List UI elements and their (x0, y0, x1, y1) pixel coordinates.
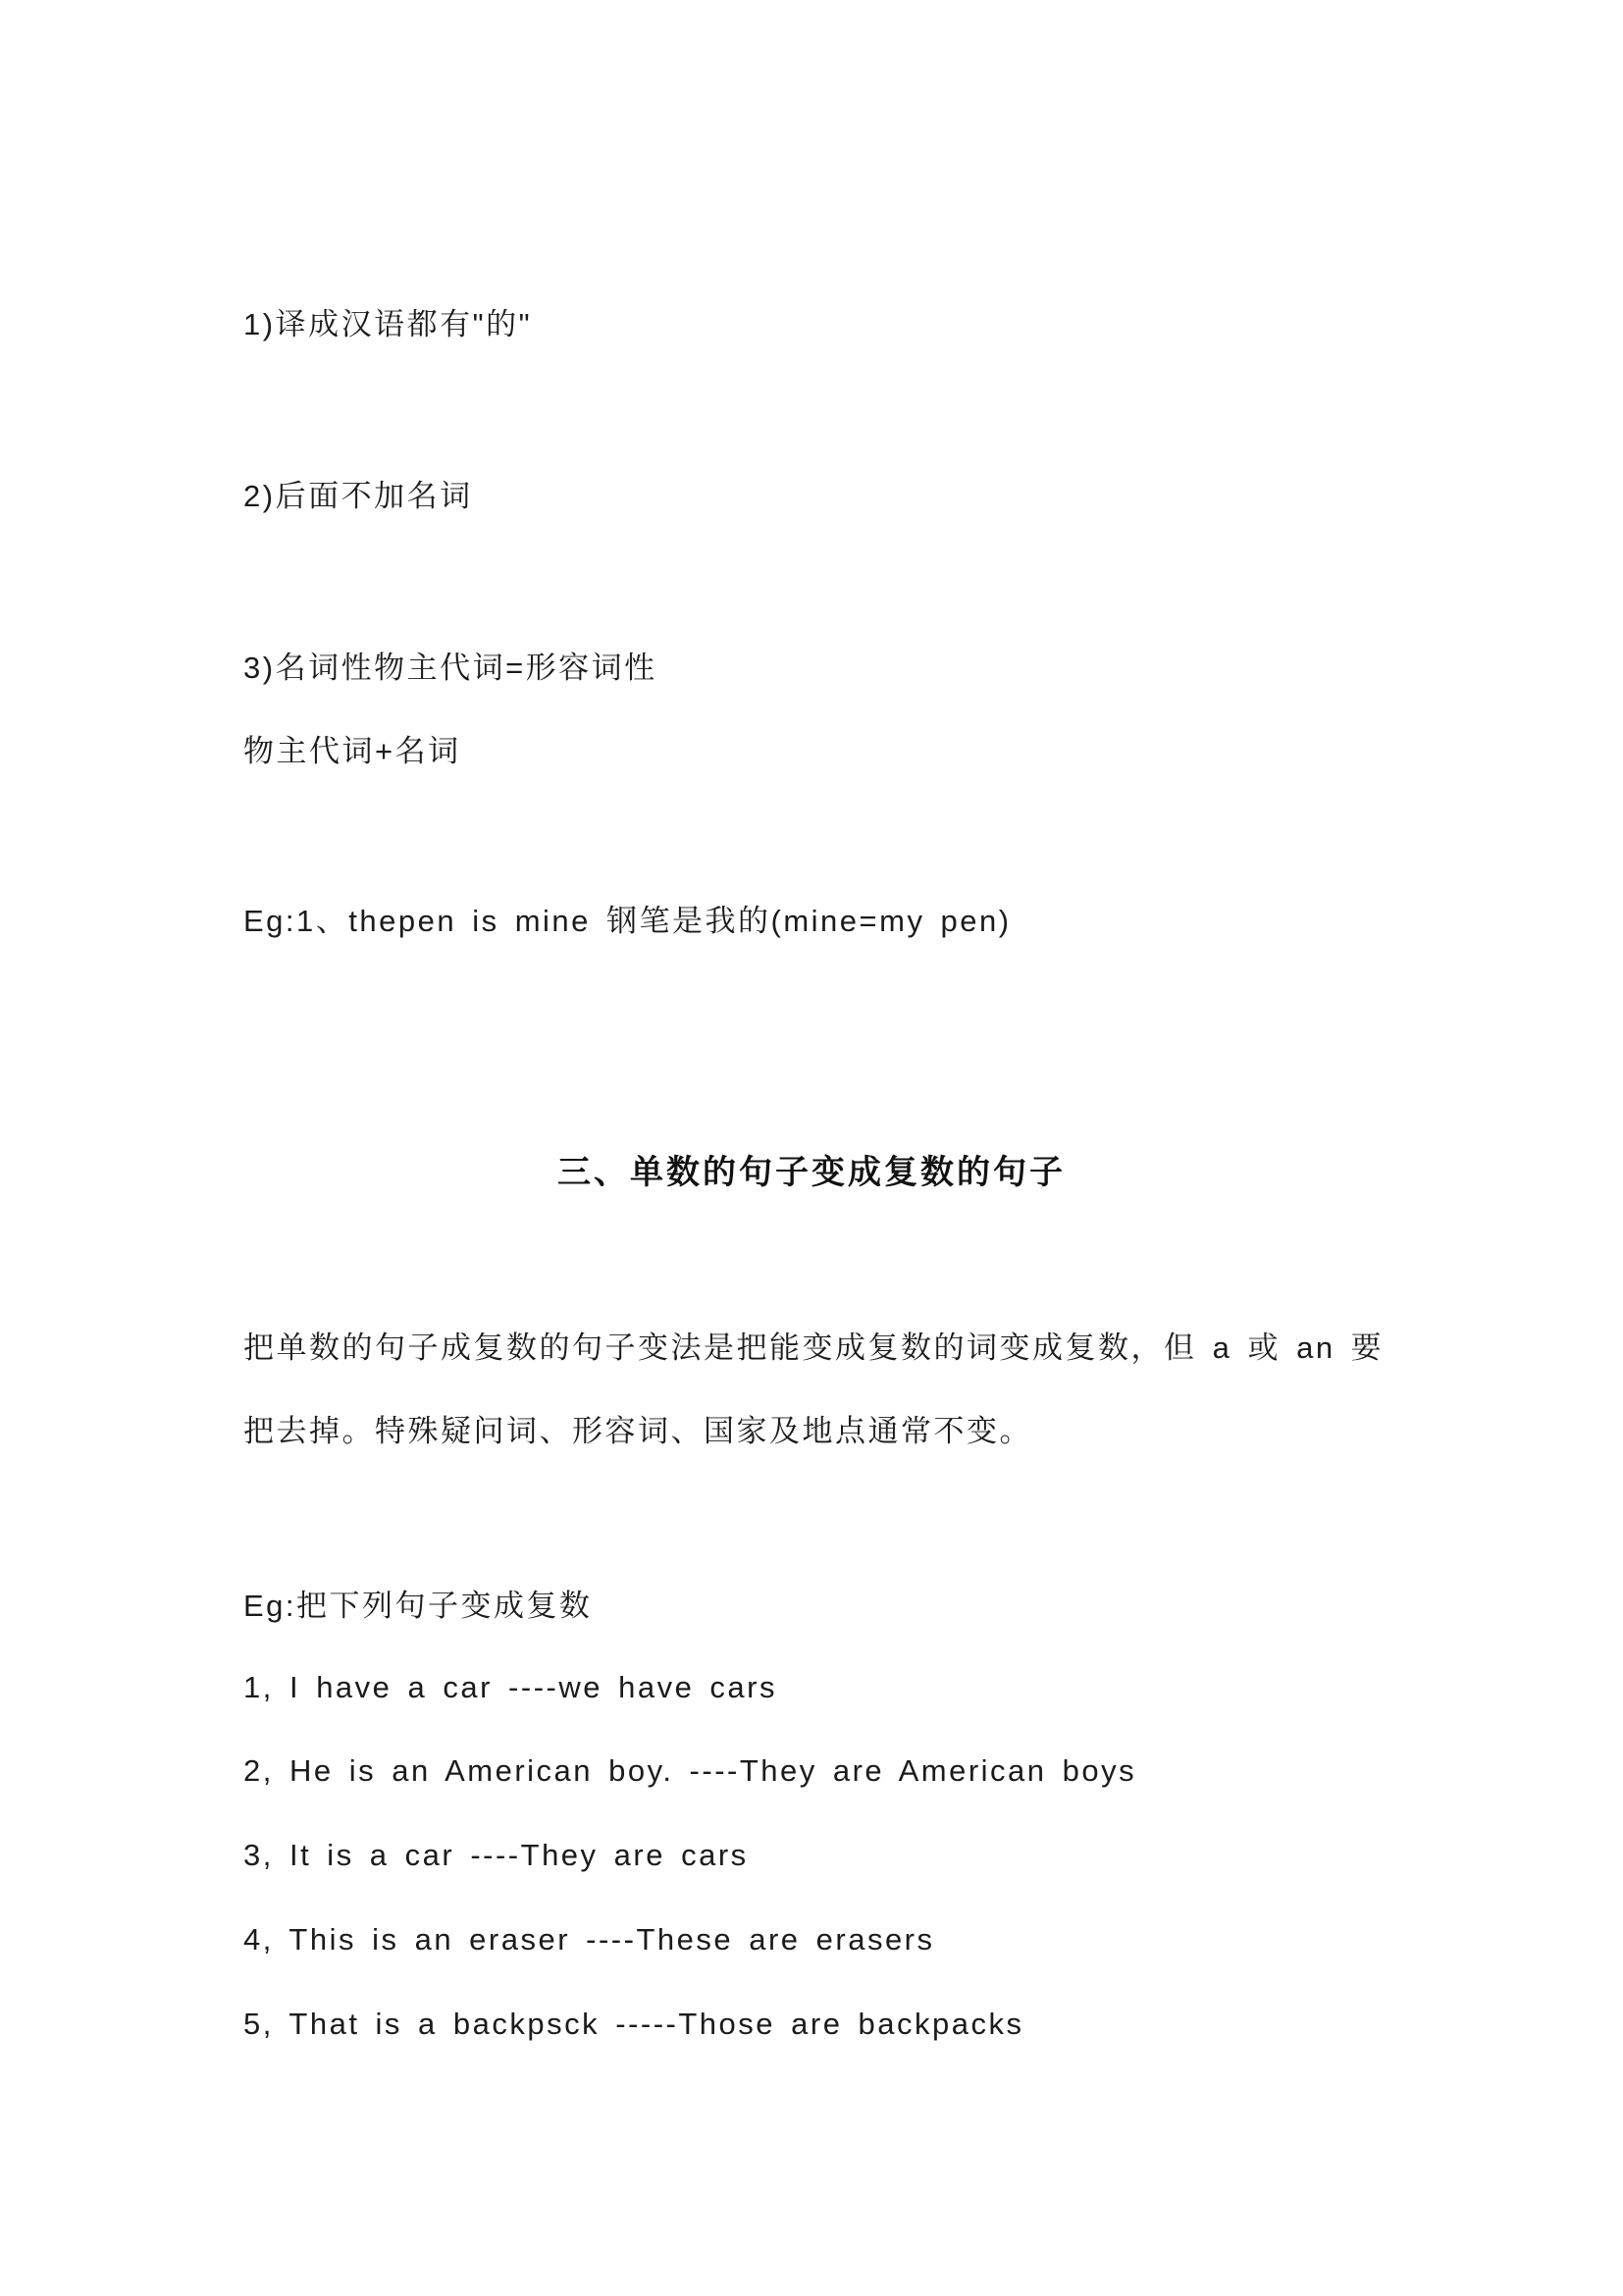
possessive-point-3: 3)名词性物主代词=形容词性 (243, 651, 657, 686)
section-heading-plural-sentences: 三、单数的句子变成复数的句子 (0, 1154, 1623, 1192)
possessive-example: Eg:1、thepen is mine 钢笔是我的(mine=my pen) (243, 904, 1012, 939)
plural-intro-line-1: 把单数的句子成复数的句子变法是把能变成复数的词变成复数，但 a 或 an 要 (243, 1331, 1384, 1366)
plural-example-item-4: 4, This is an eraser ----These are erase… (243, 1922, 935, 1957)
document-page: 1)译成汉语都有"的" 2)后面不加名词 3)名词性物主代词=形容词性 物主代词… (0, 0, 1623, 2296)
possessive-point-1: 1)译成汉语都有"的" (243, 307, 532, 342)
possessive-point-3-formula: 物主代词+名词 (243, 734, 461, 769)
possessive-point-2: 2)后面不加名词 (243, 479, 473, 514)
plural-example-item-5: 5, That is a backpsck -----Those are bac… (243, 2007, 1024, 2042)
plural-intro-line-2: 把去掉。特殊疑问词、形容词、国家及地点通常不变。 (243, 1414, 1032, 1449)
plural-example-item-1: 1, I have a car ----we have cars (243, 1670, 777, 1705)
plural-example-item-3: 3, It is a car ----They are cars (243, 1838, 749, 1873)
plural-example-label: Eg:把下列句子变成复数 (243, 1589, 593, 1624)
plural-example-item-2: 2, He is an American boy. ----They are A… (243, 1753, 1136, 1789)
